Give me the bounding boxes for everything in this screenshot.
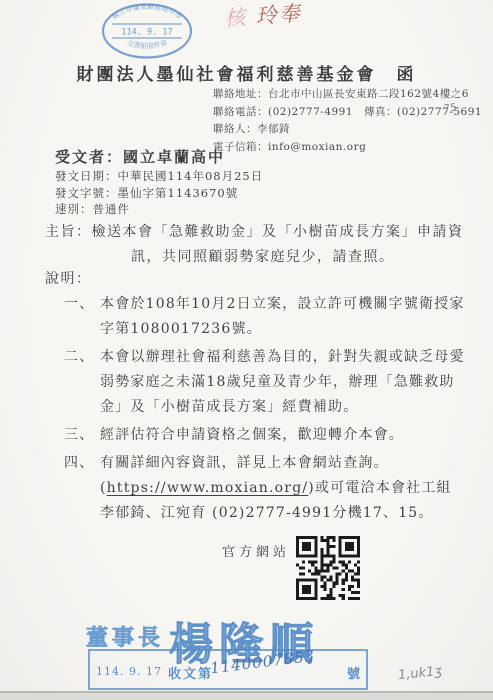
paren-open: ( (100, 480, 107, 496)
issue-date-line: 發文日期：中華民國114年08月25日 (55, 168, 263, 184)
red-handwriting-chars: 玲奉 (255, 1, 303, 28)
receipt-number-label: 收文第 (168, 663, 213, 682)
list-item-3: 三、 經評估符合申請資格之個案，歡迎轉介本會。 (64, 423, 468, 448)
item4-url-line: (https://www.moxian.org/)或可電洽本會社工組 (100, 476, 468, 501)
item-marker: 三、 (64, 423, 100, 448)
subject-paragraph: 主旨：檢送本會「急難救助金」及「小樹苗成長方案」申請資訊，共同照顧弱勢家庭兒少，… (45, 220, 465, 270)
contact-email: 電子信箱：info@moxian.org (213, 139, 482, 157)
pencil-annotation: 1,uk1ʒ (397, 664, 442, 684)
official-website-label: 官方網站 (222, 541, 290, 560)
scanned-letter-page: 國立卓蘭實驗高級中學 114. 9. 17 文書組收件章 核 玲奉 財團法人墨仙… (0, 0, 493, 700)
list-item-1: 一、 本會於108年10月2日立案，設立許可機關字號衛授家字第108001723… (64, 292, 468, 342)
contact-address: 聯絡地址：台北市中山區長安東路二段162號4樓之6 (213, 86, 482, 104)
item-marker: 一、 (64, 292, 100, 342)
svg-text:文書組收件章: 文書組收件章 (126, 38, 169, 50)
paren-close-text: )或可電洽本會社工組 (308, 480, 451, 496)
explanation-label: 說明： (45, 268, 92, 288)
item4-contact-line: 李郁錡、江宛育 (02)2777-4991分機17、15。 (100, 501, 468, 526)
contact-person: 聯絡人：李郁錡 (213, 121, 482, 139)
stamp-bottom-arc-text: 文書組收件章 (126, 38, 169, 50)
contact-info-block: 聯絡地址：台北市中山區長安東路二段162號4樓之6 聯絡電話：(02)2777-… (213, 86, 482, 156)
receipt-date: 114. 9. 17 (96, 665, 162, 678)
item-marker: 四、 (64, 451, 100, 526)
item-text: 本會於108年10月2日立案，設立許可機關字號衛授家字第1080017236號。 (100, 292, 468, 342)
document-title: 財團法人墨仙社會福利慈善基金會 函 (0, 60, 493, 85)
doc-number-line: 發文字號：墨仙字第1143670號 (55, 185, 238, 201)
red-ink-approval-handwriting: 核 玲奉 (223, 0, 303, 33)
item-text: 經評估符合申請資格之個案，歡迎轉介本會。 (100, 423, 468, 448)
list-item-4: 四、 有關詳細內容資訊，詳見上本會網站查詢。 (https://www.moxi… (64, 451, 468, 526)
recipient-line: 受文者：國立卓蘭高中 (55, 146, 225, 167)
chairman-title: 董事長 (86, 625, 164, 651)
handwritten-receipt-number: 1140007853 (209, 647, 316, 678)
website-url: https://www.moxian.org/ (107, 480, 309, 496)
qr-code (296, 536, 360, 600)
pencil-note-75: 75 (443, 102, 457, 115)
item4-line1: 有關詳細內容資訊，詳見上本會網站查詢。 (100, 451, 468, 476)
item-text: 本會以辦理社會福利慈善為目的，針對失親或缺乏母愛弱勢家庭之未滿18歲兒童及青少年… (100, 345, 468, 420)
scan-background-strip (0, 693, 493, 700)
item-text: 有關詳細內容資訊，詳見上本會網站查詢。 (https://www.moxian.… (100, 451, 468, 526)
contact-phone-fax: 聯絡電話：(02)2777-4991 傳真：(02)2777-5691 (213, 104, 482, 122)
item-marker: 二、 (64, 345, 100, 420)
subject-text: 檢送本會「急難救助金」及「小樹苗成長方案」申請資訊，共同照顧弱勢家庭兒少，請查照… (92, 224, 464, 265)
stamp-date-text: 114. 9. 17 (121, 28, 172, 38)
list-item-2: 二、 本會以辦理社會福利慈善為目的，針對失親或缺乏母愛弱勢家庭之未滿18歲兒童及… (64, 345, 468, 420)
receipt-number-suffix: 號 (347, 663, 360, 682)
explanation-list: 一、 本會於108年10月2日立案，設立許可機關字號衛授家字第108001723… (64, 292, 468, 529)
pink-handwriting-char: 核 (223, 5, 248, 31)
school-receipt-date-stamp: 國立卓蘭實驗高級中學 114. 9. 17 文書組收件章 (99, 2, 195, 60)
subject-label: 主旨： (45, 224, 92, 240)
received-document-box-stamp: 114. 9. 17 收文第 1140007853 號 (88, 649, 368, 690)
speed-line: 速別：普通件 (55, 201, 130, 217)
